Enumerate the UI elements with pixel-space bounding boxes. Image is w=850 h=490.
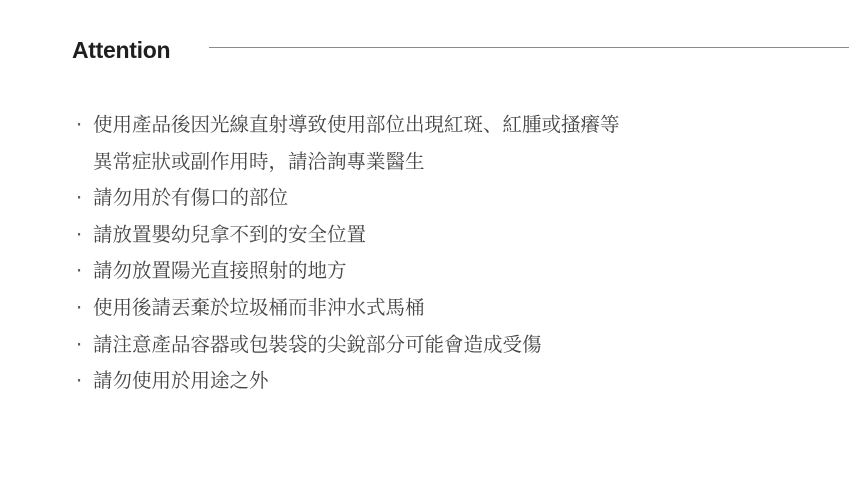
attention-header: Attention	[72, 33, 850, 67]
list-item: · 請勿使用於用途之外	[74, 363, 620, 400]
bullet-icon: ·	[76, 290, 82, 327]
item-text: 請注意產品容器或包裝袋的尖銳部分可能會造成受傷	[93, 327, 620, 364]
item-text: 請勿用於有傷口的部位	[93, 180, 620, 217]
list-item: · 使用後請丟棄於垃圾桶而非沖水式馬桶	[74, 290, 620, 327]
list-item: · 請放置嬰幼兒拿不到的安全位置	[74, 217, 620, 254]
item-text: 使用產品後因光線直射導致使用部位出現紅斑、紅腫或搔癢等	[93, 107, 620, 144]
bullet-icon: ·	[76, 180, 82, 217]
list-item: · 請勿用於有傷口的部位	[74, 180, 620, 217]
item-text: 請勿放置陽光直接照射的地方	[93, 253, 620, 290]
attention-list: · 使用產品後因光線直射導致使用部位出現紅斑、紅腫或搔癢等 異常症狀或副作用時，…	[74, 107, 620, 400]
item-text: 請放置嬰幼兒拿不到的安全位置	[93, 217, 620, 254]
section-title: Attention	[72, 37, 170, 64]
item-text-continued: 異常症狀或副作用時，請洽詢專業醫生	[93, 144, 620, 181]
bullet-icon: ·	[76, 107, 82, 144]
list-item: · 請勿放置陽光直接照射的地方	[74, 253, 620, 290]
bullet-icon: ·	[76, 327, 82, 364]
item-text: 請勿使用於用途之外	[93, 363, 620, 400]
bullet-icon: ·	[76, 253, 82, 290]
item-text: 使用後請丟棄於垃圾桶而非沖水式馬桶	[93, 290, 620, 327]
list-item: · 請注意產品容器或包裝袋的尖銳部分可能會造成受傷	[74, 327, 620, 364]
header-divider	[209, 47, 849, 48]
list-item: · 使用產品後因光線直射導致使用部位出現紅斑、紅腫或搔癢等 異常症狀或副作用時，…	[74, 107, 620, 180]
bullet-icon: ·	[76, 363, 82, 400]
bullet-icon: ·	[76, 217, 82, 254]
